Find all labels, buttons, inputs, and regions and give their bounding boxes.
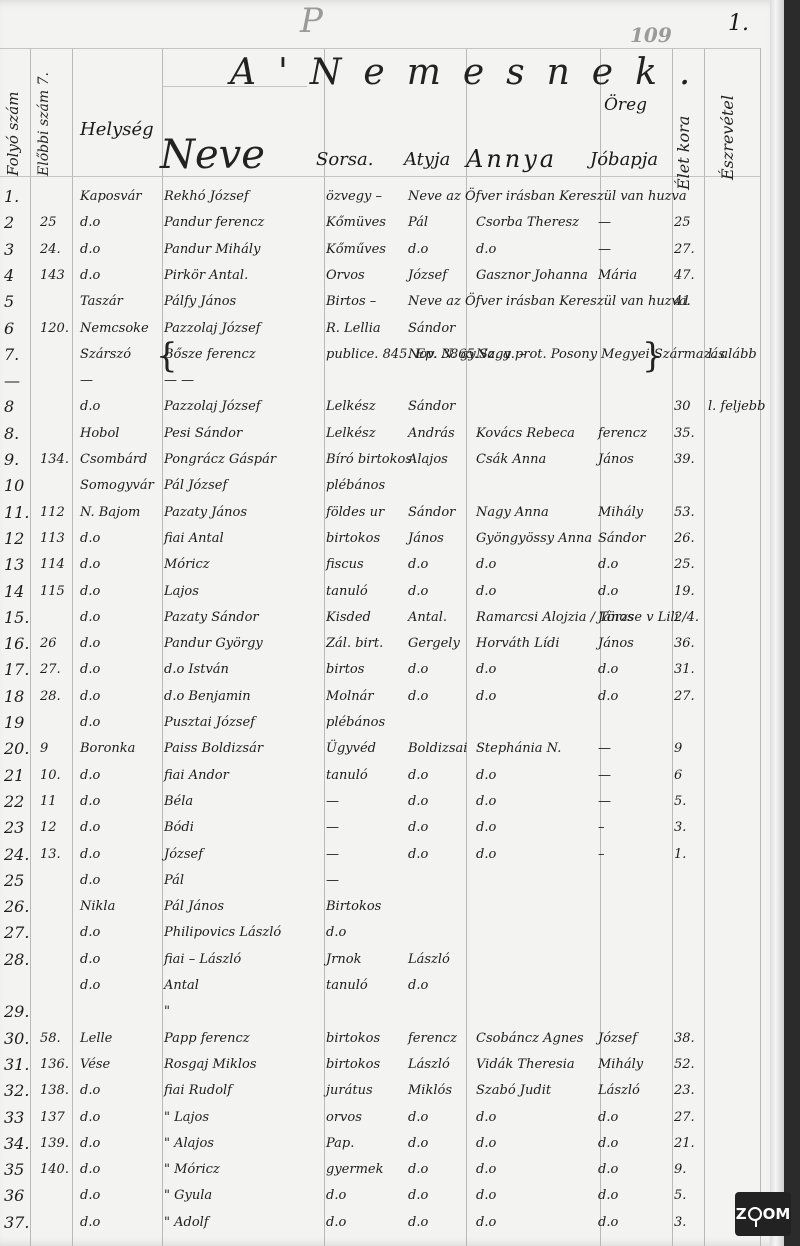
- father: d.o: [408, 977, 474, 995]
- mother: Ramarcsi Alojzia / Törzse v Lili: [476, 609, 594, 627]
- father: d.o: [408, 793, 474, 811]
- header-neve: Neve: [160, 132, 265, 178]
- person-name: Béla: [164, 793, 324, 811]
- ledger-page: P 109 1. A'Nemesnek. Neve Folyó szám Elő…: [0, 0, 783, 1246]
- ledger-row: 12 113 d.o fiai Antal birtokos János Gyö…: [0, 526, 770, 552]
- header-oreg: Öreg: [604, 96, 647, 114]
- ledger-row: 36 d.o " Gyula d.o d.o d.o d.o 5.: [0, 1183, 770, 1209]
- grandfather: János: [598, 635, 670, 653]
- father: d.o: [408, 1161, 474, 1179]
- previous-number: 27.: [40, 661, 74, 679]
- rank: Lelkész: [326, 398, 406, 416]
- person-name: Bódi: [164, 819, 324, 837]
- person-name: fiai Rudolf: [164, 1082, 324, 1100]
- ledger-row: 33 137 d.o " Lajos orvos d.o d.o d.o 27.: [0, 1105, 770, 1131]
- grandfather: d.o: [598, 661, 670, 679]
- age: 27.: [674, 241, 708, 259]
- rank: R. Lellia: [326, 320, 406, 338]
- ledger-row: 21 10. d.o fiai Andor tanuló d.o d.o — 6: [0, 763, 770, 789]
- previous-number: 25: [40, 214, 74, 232]
- grandfather: d.o: [598, 1187, 670, 1205]
- person-name: " Gyula: [164, 1187, 324, 1205]
- row-number: 9.: [4, 451, 38, 469]
- grandfather: László: [598, 1082, 670, 1100]
- father: d.o: [408, 661, 474, 679]
- grandfather: d.o: [598, 688, 670, 706]
- grandfather: József: [598, 1030, 670, 1048]
- rank: publice. 845. Ep. 3865 Sz. a. –: [326, 346, 406, 364]
- grandfather: –: [598, 846, 670, 864]
- row-number: —: [4, 372, 38, 390]
- rank: d.o: [326, 1214, 406, 1232]
- rank: Molnár: [326, 688, 406, 706]
- age: 35.: [674, 425, 708, 443]
- mother: d.o: [476, 767, 594, 785]
- father: d.o: [408, 1109, 474, 1127]
- grandfather: —: [598, 214, 670, 232]
- person-name: Pazzolaj József: [164, 398, 324, 416]
- grandfather: János: [598, 451, 670, 469]
- person-name: Pongrácz Gáspár: [164, 451, 324, 469]
- header-atyja: Atyja: [404, 150, 450, 170]
- age: 21.: [674, 1135, 708, 1153]
- father: d.o: [408, 1187, 474, 1205]
- grandfather: ferencz: [598, 425, 670, 443]
- place: d.o: [80, 1161, 160, 1179]
- person-name: József: [164, 846, 324, 864]
- rank: birtokos: [326, 530, 406, 548]
- place: d.o: [80, 661, 160, 679]
- person-name: Pandur ferencz: [164, 214, 324, 232]
- rank: Zál. birt.: [326, 635, 406, 653]
- mother: d.o: [476, 1109, 594, 1127]
- previous-number: 120.: [40, 320, 74, 338]
- age: 39.: [674, 451, 708, 469]
- previous-number: 12: [40, 819, 74, 837]
- father: d.o: [408, 819, 474, 837]
- person-name: Pesi Sándor: [164, 425, 324, 443]
- person-name: Pál: [164, 872, 324, 890]
- previous-number: 58.: [40, 1030, 74, 1048]
- place: d.o: [80, 1187, 160, 1205]
- header-sorsa: Sorsa.: [316, 150, 373, 170]
- father: Gergely: [408, 635, 474, 653]
- mother: Stephánia N.: [476, 740, 594, 758]
- mother: Nagy Anna: [476, 504, 594, 522]
- grandfather: d.o: [598, 583, 670, 601]
- place: d.o: [80, 767, 160, 785]
- mother: Gasznor Johanna: [476, 267, 594, 285]
- previous-number: 10.: [40, 767, 74, 785]
- place: d.o: [80, 556, 160, 574]
- person-name: Rekhó József: [164, 188, 324, 206]
- brace-left: {: [156, 336, 178, 376]
- mother: d.o: [476, 793, 594, 811]
- row-number: 35: [4, 1161, 38, 1179]
- rank: földes ur: [326, 504, 406, 522]
- row-number: 28.: [4, 951, 38, 969]
- previous-number: 137: [40, 1109, 74, 1127]
- place: Taszár: [80, 293, 160, 311]
- place: d.o: [80, 1214, 160, 1232]
- book-binding: [784, 0, 800, 1246]
- place: d.o: [80, 688, 160, 706]
- ledger-row: 5 Taszár Pálfy János Birtos – Neve az Öf…: [0, 289, 770, 315]
- rank: d.o: [326, 924, 406, 942]
- place: Nikla: [80, 898, 160, 916]
- father: József: [408, 267, 474, 285]
- note: l. feljebb: [708, 398, 776, 416]
- ledger-row: 17. 27. d.o d.o István birtos d.o d.o d.…: [0, 657, 770, 683]
- person-name: fiai Antal: [164, 530, 324, 548]
- grandfather: d.o: [598, 556, 670, 574]
- rank: tanuló: [326, 583, 406, 601]
- row-number: 24.: [4, 846, 38, 864]
- place: d.o: [80, 846, 160, 864]
- note: l. alább: [708, 346, 776, 364]
- row-number: 20.: [4, 740, 38, 758]
- ledger-row: 3 24. d.o Pandur Mihály Kőműves d.o d.o …: [0, 237, 770, 263]
- mother: Gyöngyössy Anna: [476, 530, 594, 548]
- father: d.o: [408, 556, 474, 574]
- place: Kaposvár: [80, 188, 160, 206]
- grandfather: Sándor: [598, 530, 670, 548]
- grandfather: Mária: [598, 267, 670, 285]
- father: Miklós: [408, 1082, 474, 1100]
- age: 26.: [674, 530, 708, 548]
- person-name: Pandur György: [164, 635, 324, 653]
- father: Sándor: [408, 398, 474, 416]
- age: 52.: [674, 1056, 708, 1074]
- row-number: 19: [4, 714, 38, 732]
- age: 9: [674, 740, 708, 758]
- rank: —: [326, 819, 406, 837]
- place: d.o: [80, 214, 160, 232]
- pencil-mark: P: [300, 2, 323, 40]
- previous-number: 11: [40, 793, 74, 811]
- grandfather: –: [598, 819, 670, 837]
- mother: d.o: [476, 1187, 594, 1205]
- age: 1.: [674, 846, 708, 864]
- previous-number: 115: [40, 583, 74, 601]
- person-name: " Lajos: [164, 1109, 324, 1127]
- person-name: Bősze ferencz: [164, 346, 324, 364]
- place: d.o: [80, 241, 160, 259]
- ledger-row: 29. ": [0, 999, 770, 1025]
- mother: d.o: [476, 583, 594, 601]
- header-folio: Folyó szám: [4, 92, 22, 176]
- place: Boronka: [80, 740, 160, 758]
- grandfather: János: [598, 609, 670, 627]
- rank: plébános: [326, 714, 406, 732]
- ledger-row: 32. 138. d.o fiai Rudolf jurátus Miklós …: [0, 1078, 770, 1104]
- page-edge: [770, 0, 784, 1246]
- ledger-row: 15. d.o Pazaty Sándor Kisded Antal. Rama…: [0, 605, 770, 631]
- rank: orvos: [326, 1109, 406, 1127]
- mother: Nagy prot. Posony Megyei Származás: [476, 346, 594, 364]
- mother: d.o: [476, 1214, 594, 1232]
- father: d.o: [408, 1214, 474, 1232]
- father: Neve az Öfver irásban Kereszül van huzva…: [408, 293, 474, 311]
- person-name: Pazaty Sándor: [164, 609, 324, 627]
- age: 47.: [674, 267, 708, 285]
- father: Pál: [408, 214, 474, 232]
- row-number: 3: [4, 241, 38, 259]
- row-number: 8: [4, 398, 38, 416]
- ledger-row: 25 d.o Pál —: [0, 868, 770, 894]
- father: Nov. N. gy.: [408, 346, 474, 364]
- place: d.o: [80, 872, 160, 890]
- person-name: " Adolf: [164, 1214, 324, 1232]
- previous-number: 24.: [40, 241, 74, 259]
- rank: Pap.: [326, 1135, 406, 1153]
- age: 6: [674, 767, 708, 785]
- page-title: A'Nemesnek.: [230, 52, 712, 93]
- grandfather: d.o: [598, 1161, 670, 1179]
- place: N. Bajom: [80, 504, 160, 522]
- father: d.o: [408, 767, 474, 785]
- ledger-row: 35 140. d.o " Móricz gyermek d.o d.o d.o…: [0, 1157, 770, 1183]
- person-name: Móricz: [164, 556, 324, 574]
- rank: Kőműves: [326, 241, 406, 259]
- header-rule: [0, 176, 760, 177]
- age: 27.: [674, 1109, 708, 1127]
- ledger-row: 18 28. d.o d.o Benjamin Molnár d.o d.o d…: [0, 684, 770, 710]
- ledger-row: 27. d.o Philipovics László d.o: [0, 920, 770, 946]
- ledger-row: 13 114 d.o Móricz fiscus d.o d.o d.o 25.: [0, 552, 770, 578]
- row-number: 31.: [4, 1056, 38, 1074]
- father: d.o: [408, 1135, 474, 1153]
- rank: plébános: [326, 477, 406, 495]
- mother: Horváth Lídi: [476, 635, 594, 653]
- ledger-row: 11. 112 N. Bajom Pazaty János földes ur …: [0, 500, 770, 526]
- row-number: 1.: [4, 188, 38, 206]
- row-number: 21: [4, 767, 38, 785]
- place: Hobol: [80, 425, 160, 443]
- previous-number: 113: [40, 530, 74, 548]
- previous-number: 13.: [40, 846, 74, 864]
- row-number: 6: [4, 320, 38, 338]
- mother: d.o: [476, 1135, 594, 1153]
- row-number: 15.: [4, 609, 38, 627]
- rank: —: [326, 793, 406, 811]
- place: d.o: [80, 530, 160, 548]
- row-number: 5: [4, 293, 38, 311]
- place: d.o: [80, 924, 160, 942]
- rank: gyermek: [326, 1161, 406, 1179]
- row-number: 27.: [4, 924, 38, 942]
- ledger-row: d.o Antal tanuló d.o: [0, 973, 770, 999]
- ledger-row: 23 12 d.o Bódi — d.o d.o – 3.: [0, 815, 770, 841]
- mother: Kovács Rebeca: [476, 425, 594, 443]
- previous-number: 134.: [40, 451, 74, 469]
- rank: Lelkész: [326, 425, 406, 443]
- father: Sándor: [408, 320, 474, 338]
- row-number: 22: [4, 793, 38, 811]
- place: d.o: [80, 1135, 160, 1153]
- rank: Kisded: [326, 609, 406, 627]
- ledger-row: 34. 139. d.o " Alajos Pap. d.o d.o d.o 2…: [0, 1131, 770, 1157]
- mother: d.o: [476, 688, 594, 706]
- ledger-row: 1. Kaposvár Rekhó József özvegy – Neve a…: [0, 184, 770, 210]
- ledger-row: 37. d.o " Adolf d.o d.o d.o d.o 3.: [0, 1210, 770, 1236]
- ledger-row: 8. Hobol Pesi Sándor Lelkész András Ková…: [0, 421, 770, 447]
- age: 31.: [674, 661, 708, 679]
- person-name: Pusztai József: [164, 714, 324, 732]
- rank: birtokos: [326, 1056, 406, 1074]
- ledger-row: 2 25 d.o Pandur ferencz Kőmüves Pál Csor…: [0, 210, 770, 236]
- place: d.o: [80, 1082, 160, 1100]
- place: Somogyvár: [80, 477, 160, 495]
- previous-number: 140.: [40, 1161, 74, 1179]
- father: Alajos: [408, 451, 474, 469]
- age: 30: [674, 398, 708, 416]
- row-number: 36: [4, 1187, 38, 1205]
- rank: d.o: [326, 1187, 406, 1205]
- father: László: [408, 951, 474, 969]
- person-name: fiai – László: [164, 951, 324, 969]
- age: 5.: [674, 1187, 708, 1205]
- place: Csombárd: [80, 451, 160, 469]
- mother: d.o: [476, 1161, 594, 1179]
- previous-number: 136.: [40, 1056, 74, 1074]
- row-number: 30.: [4, 1030, 38, 1048]
- place: d.o: [80, 819, 160, 837]
- grandfather: d.o: [598, 1214, 670, 1232]
- rank: Birtos –: [326, 293, 406, 311]
- age: 5.: [674, 793, 708, 811]
- header-rule: [0, 48, 760, 49]
- pencil-page-number: 109: [630, 24, 672, 46]
- row-number: 17.: [4, 661, 38, 679]
- row-number: 8.: [4, 425, 38, 443]
- age: 25: [674, 214, 708, 232]
- grandfather: —: [598, 767, 670, 785]
- zoom-watermark: ZOM: [735, 1192, 791, 1236]
- person-name: Lajos: [164, 583, 324, 601]
- place: d.o: [80, 609, 160, 627]
- previous-number: 28.: [40, 688, 74, 706]
- place: d.o: [80, 583, 160, 601]
- row-number: 32.: [4, 1082, 38, 1100]
- ledger-row: 22 11 d.o Béla — d.o d.o — 5.: [0, 789, 770, 815]
- place: —: [80, 372, 160, 390]
- rank: birtos: [326, 661, 406, 679]
- magnifier-icon: [748, 1207, 762, 1221]
- mother: d.o: [476, 556, 594, 574]
- age: 27.: [674, 688, 708, 706]
- place: Lelle: [80, 1030, 160, 1048]
- father: Neve az Öfver irásban Kereszül van huzva: [408, 188, 474, 206]
- row-number: 13: [4, 556, 38, 574]
- person-name: Antal: [164, 977, 324, 995]
- rank: jurátus: [326, 1082, 406, 1100]
- person-name: — —: [164, 372, 324, 390]
- row-number: 16.: [4, 635, 38, 653]
- father: d.o: [408, 688, 474, 706]
- grandfather: Mihály: [598, 504, 670, 522]
- father: Boldizsai: [408, 740, 474, 758]
- header-anyja: Annya: [466, 146, 557, 172]
- place: d.o: [80, 793, 160, 811]
- age: 36.: [674, 635, 708, 653]
- rank: Orvos: [326, 267, 406, 285]
- mother: d.o: [476, 819, 594, 837]
- header-jobapja: Jóbapja: [590, 150, 658, 170]
- ledger-row: 31. 136. Vése Rosgaj Miklos birtokos Lás…: [0, 1052, 770, 1078]
- row-number: 14: [4, 583, 38, 601]
- person-name: Papp ferencz: [164, 1030, 324, 1048]
- header-eszrevetel: Észrevétel: [718, 95, 737, 180]
- mother: d.o: [476, 241, 594, 259]
- place: Vése: [80, 1056, 160, 1074]
- mother: d.o: [476, 846, 594, 864]
- ledger-row: 10 Somogyvár Pál József plébános: [0, 473, 770, 499]
- person-name: Rosgaj Miklos: [164, 1056, 324, 1074]
- mother: Csák Anna: [476, 451, 594, 469]
- mother: Vidák Theresia: [476, 1056, 594, 1074]
- person-name: " Móricz: [164, 1161, 324, 1179]
- mother: Csorba Theresz: [476, 214, 594, 232]
- rank: Jrnok: [326, 951, 406, 969]
- place: d.o: [80, 714, 160, 732]
- previous-number: 114: [40, 556, 74, 574]
- ledger-row: 28. d.o fiai – László Jrnok László: [0, 947, 770, 973]
- row-number: 10: [4, 477, 38, 495]
- ledger-row: 20. 9 Boronka Paiss Boldizsár Ügyvéd Bol…: [0, 736, 770, 762]
- row-number: 18: [4, 688, 38, 706]
- place: d.o: [80, 1109, 160, 1127]
- place: d.o: [80, 977, 160, 995]
- previous-number: 26: [40, 635, 74, 653]
- row-number: 7.: [4, 346, 38, 364]
- row-number: 11.: [4, 504, 38, 522]
- father: János: [408, 530, 474, 548]
- place: d.o: [80, 635, 160, 653]
- rank: birtokos: [326, 1030, 406, 1048]
- age: 38.: [674, 1030, 708, 1048]
- row-number: 26.: [4, 898, 38, 916]
- person-name: ": [164, 1003, 324, 1021]
- ledger-row: 9. 134. Csombárd Pongrácz Gáspár Bíró bi…: [0, 447, 770, 473]
- ledger-row: 30. 58. Lelle Papp ferencz birtokos fere…: [0, 1026, 770, 1052]
- place: Nemcsoke: [80, 320, 160, 338]
- rank: tanuló: [326, 977, 406, 995]
- father: d.o: [408, 241, 474, 259]
- row-number: 33: [4, 1109, 38, 1127]
- ledger-row: 16. 26 d.o Pandur György Zál. birt. Gerg…: [0, 631, 770, 657]
- person-name: Pálfy János: [164, 293, 324, 311]
- header-helyseg: Helység: [80, 120, 154, 140]
- age: 53.: [674, 504, 708, 522]
- mother: Szabó Judit: [476, 1082, 594, 1100]
- grandfather: —: [598, 740, 670, 758]
- previous-number: 143: [40, 267, 74, 285]
- row-number: 12: [4, 530, 38, 548]
- rank: fiscus: [326, 556, 406, 574]
- age: 9.: [674, 1161, 708, 1179]
- brace-right: }: [642, 336, 664, 376]
- rank: Kőmüves: [326, 214, 406, 232]
- person-name: " Alajos: [164, 1135, 324, 1153]
- grandfather: Mihály: [598, 1056, 670, 1074]
- header-elobbi: Előbbi szám 7.: [36, 72, 52, 176]
- row-number: 4: [4, 267, 38, 285]
- father: László: [408, 1056, 474, 1074]
- person-name: Pál József: [164, 477, 324, 495]
- father: Sándor: [408, 504, 474, 522]
- previous-number: 9: [40, 740, 74, 758]
